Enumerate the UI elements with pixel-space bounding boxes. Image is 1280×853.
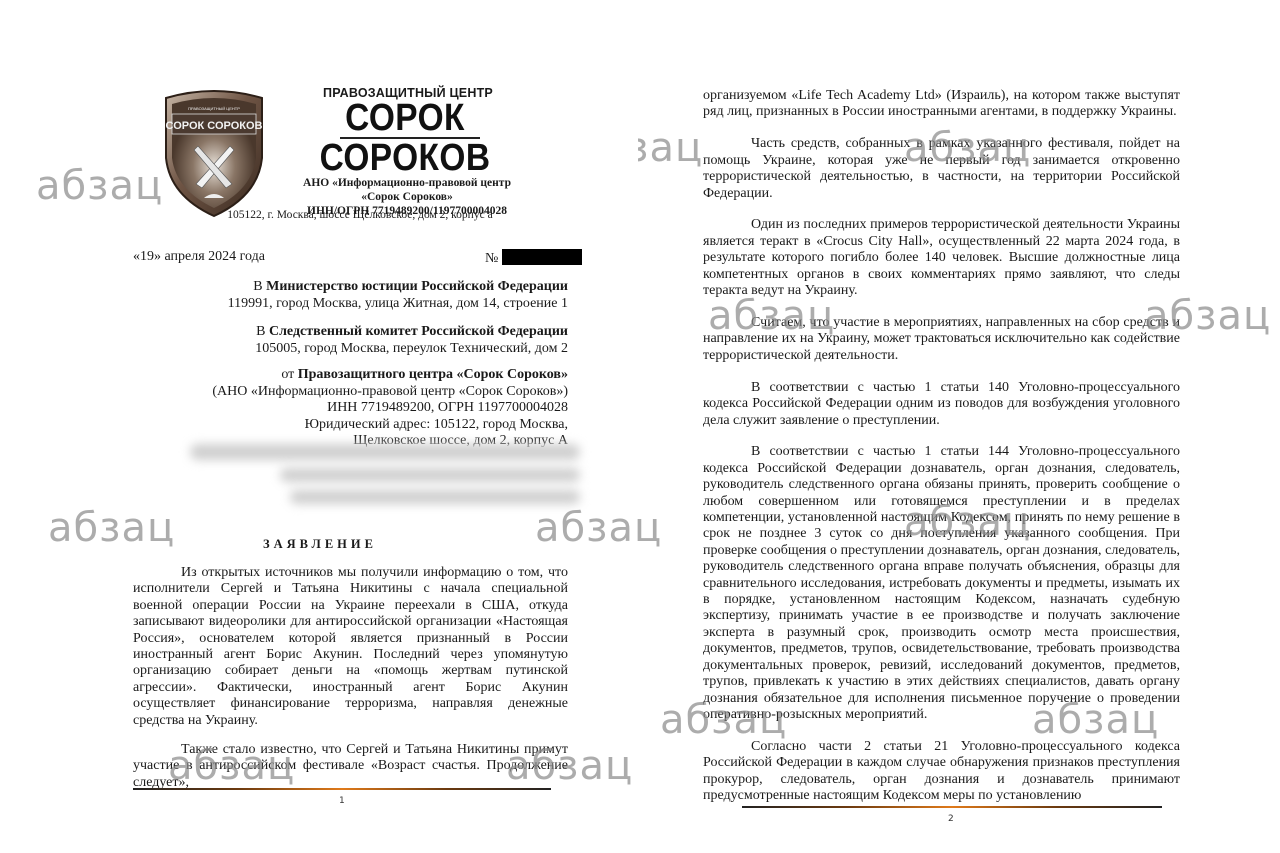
org-name-line-1: СОРОК xyxy=(286,100,524,136)
paragraph: Согласно части 2 статьи 21 Уголовно-проц… xyxy=(703,739,1180,805)
document-page-2: организуемом «Life Tech Academy Ltd» (Из… xyxy=(640,0,1280,853)
paragraph: организуемом «Life Tech Academy Ltd» (Из… xyxy=(703,88,1180,121)
document-title: ЗАЯВЛЕНИЕ xyxy=(0,537,640,552)
recipient-address: 119991, город Москва, улица Житная, дом … xyxy=(228,296,568,313)
paragraph: Также стало известно, что Сергей и Татья… xyxy=(133,742,568,791)
org-legal-name-2: «Сорок Сороков» xyxy=(274,190,540,204)
recipient-address: 105005, город Москва, переулок Техническ… xyxy=(255,341,568,358)
footer-divider xyxy=(742,806,1162,808)
paragraph: Часть средств, собранных в рамках указан… xyxy=(703,136,1180,202)
sender-line: Юридический адрес: 105122, город Москва, xyxy=(212,417,568,434)
recipient-ministry-of-justice: В Министерство юстиции Российской Федера… xyxy=(228,279,568,312)
paragraph: В соответствии с частью 1 статьи 140 Уго… xyxy=(703,380,1180,429)
sender-line: (АНО «Информационно-правовой центр «Соро… xyxy=(212,384,568,401)
svg-text:ПРАВОЗАЩИТНЫЙ ЦЕНТР: ПРАВОЗАЩИТНЫЙ ЦЕНТР xyxy=(188,106,240,111)
org-address: 105122, г. Москва, шоссе Щёлковское, дом… xyxy=(210,209,510,221)
document-date: «19» апреля 2024 года xyxy=(133,249,265,265)
number-label: № xyxy=(485,251,498,266)
sender-line: ИНН 7719489200, ОГРН 1197700004028 xyxy=(212,400,568,417)
organization-header: ПРАВОЗАЩИТНЫЙ ЦЕНТР СОРОК СОРОКОВ АНО «И… xyxy=(240,86,540,218)
page-2-body: организуемом «Life Tech Academy Ltd» (Из… xyxy=(703,88,1180,820)
redacted-number xyxy=(502,249,582,265)
page-1-body: Из открытых источников мы получили инфор… xyxy=(133,565,568,804)
document-number: № xyxy=(485,249,582,267)
recipient-name: Следственный комитет Российской Федераци… xyxy=(269,324,568,339)
recipient-name: Министерство юстиции Российской Федераци… xyxy=(266,279,568,294)
paragraph: Один из последних примеров террористичес… xyxy=(703,217,1180,299)
watermark: абзац xyxy=(36,166,163,206)
sender-name: Правозащитного центра «Сорок Сороков» xyxy=(298,367,568,382)
document-page-1: СОРОК СОРОКОВ ПРАВОЗАЩИТНЫЙ ЦЕНТР ПРАВОЗ… xyxy=(0,0,640,853)
paragraph: Считаем, что участие в мероприятиях, нап… xyxy=(703,315,1180,364)
paragraph: Из открытых источников мы получили инфор… xyxy=(133,565,568,729)
sender-block: от Правозащитного центра «Сорок Сороков»… xyxy=(212,367,568,450)
page-number: 1 xyxy=(339,796,345,806)
recipient-investigative-committee: В Следственный комитет Российской Федера… xyxy=(255,324,568,357)
page-number: 2 xyxy=(948,814,954,824)
footer-divider xyxy=(133,788,551,790)
org-name-line-2: СОРОКОВ xyxy=(286,140,524,176)
blurred-redaction xyxy=(190,440,590,510)
paragraph: В соответствии с частью 1 статьи 144 Уго… xyxy=(703,444,1180,723)
